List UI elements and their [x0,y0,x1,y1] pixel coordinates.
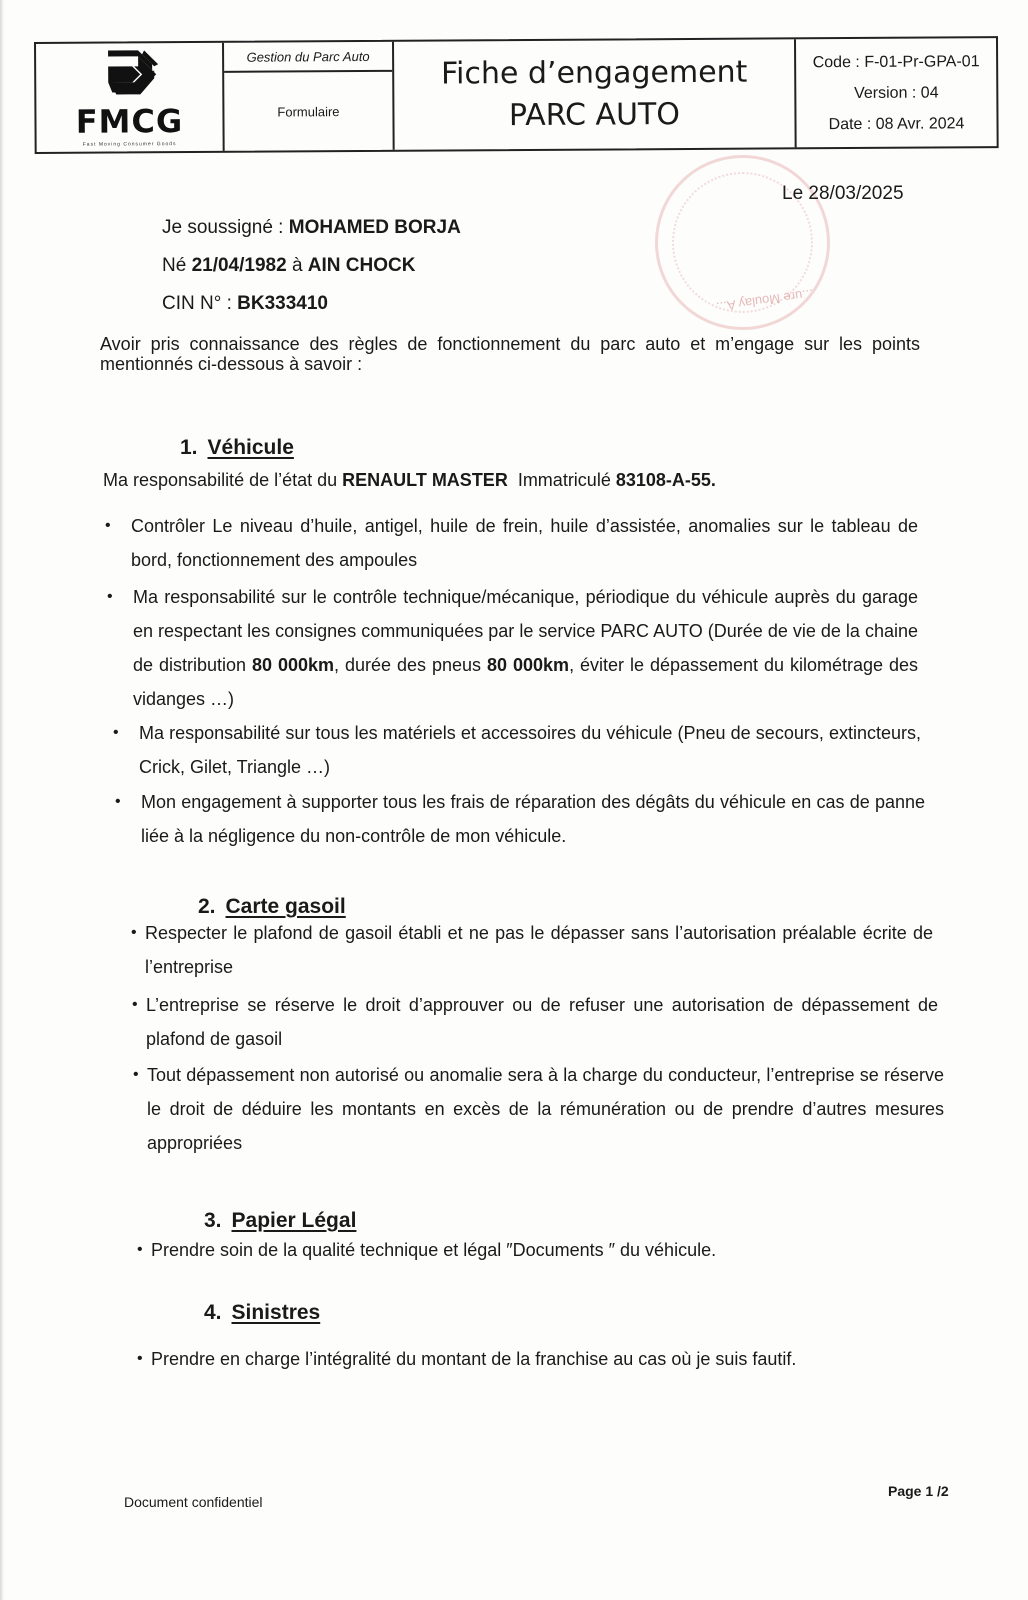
bullet-icon: • [107,580,113,614]
category-label: Gestion du Parc Auto [224,42,392,73]
section-title-vehicule: 1.Véhicule [180,436,294,460]
list-item: • Ma responsabilité sur tous les matérie… [139,716,921,784]
doc-code: Code : F-01-Pr-GPA-01 [813,46,980,78]
cin-number: BK333410 [237,293,328,314]
bullet-icon: • [137,1233,143,1267]
bullet-text: Respecter le plafond de gasoil établi et… [145,923,933,977]
section-label: Papier Légal [232,1209,357,1232]
bullet-icon: • [113,716,119,750]
birth-label: Né [162,255,192,276]
vehicle-lead-prefix: Ma responsabilité de l’état du [103,470,342,490]
bullet-text: Tout dépassement non autorisé ou anomali… [147,1065,944,1153]
section-title-papier-legal: 3.Papier Légal [204,1209,356,1233]
section-label: Carte gasoil [226,895,346,918]
bullet-icon: • [115,785,121,819]
list-item: • Respecter le plafond de gasoil établi … [145,916,933,984]
bullet-text: L’entreprise se réserve le droit d’appro… [146,995,938,1049]
fmcg-logo-icon [94,48,164,100]
page-number: Page 1 /2 [888,1483,949,1499]
vehicle-model: RENAULT MASTER [342,470,508,490]
vehicle-plate: 83108-A-55. [616,470,716,490]
bullet-icon: • [105,509,111,543]
tyre-lifetime: 80 000km [487,655,569,675]
doc-revision-date: Date : 08 Avr. 2024 [829,108,965,140]
section-number: 3. [204,1209,222,1232]
document-date: Le 28/03/2025 [782,183,904,205]
birth-date: 21/04/1982 [192,255,287,276]
logo-cell: FMCG Fast Moving Consumer Goods [36,43,225,152]
list-item: • Contrôler Le niveau d’huile, antigel, … [131,509,918,577]
vehicle-lead-mid: Immatriculé [508,470,616,490]
birth-line: Né 21/04/1982 à AIN CHOCK [162,255,415,277]
category-cell: Gestion du Parc Auto Formulaire [224,42,395,151]
cin-label: CIN N° : [162,293,237,314]
bullet-text: Prendre soin de la qualité technique et … [151,1240,716,1260]
bullet-icon: • [137,1342,143,1376]
list-item: • Tout dépassement non autorisé ou anoma… [147,1058,944,1160]
list-item: • L’entreprise se réserve le droit d’app… [146,988,938,1056]
doc-title-line1: Fiche d’engagement [441,52,748,96]
chain-lifetime: 80 000km [252,655,334,675]
bullet-text: Contrôler Le niveau d’huile, antigel, hu… [131,516,918,570]
list-item: • Ma responsabilité sur le contrôle tech… [133,580,918,716]
page-edge [0,0,4,1600]
stamp-text: ...ure Moulay A... [715,286,814,314]
bullet-icon: • [133,1058,139,1092]
confidential-label: Document confidentiel [124,1494,263,1510]
bullet-text: Ma responsabilité sur tous les matériels… [139,723,921,777]
signatory-name: MOHAMED BORJA [289,217,461,238]
bullet-icon: • [132,988,138,1022]
doc-type-label: Formulaire [224,72,392,151]
list-item: • Prendre soin de la qualité technique e… [151,1233,931,1267]
bullet-text: , durée des pneus [334,655,487,675]
section-label: Sinistres [232,1301,321,1324]
cin-line: CIN N° : BK333410 [162,293,328,315]
section-label: Véhicule [208,436,294,459]
company-stamp: ...ure Moulay A... [655,155,830,330]
bullet-text: Prendre en charge l’intégralité du monta… [151,1349,796,1369]
section-number: 4. [204,1301,222,1324]
intro-paragraph: Avoir pris connaissance des règles de fo… [100,334,920,374]
section-title-sinistres: 4.Sinistres [204,1301,320,1325]
list-item: • Prendre en charge l’intégralité du mon… [151,1342,931,1376]
birth-place: AIN CHOCK [308,255,416,276]
birth-sep: à [287,255,308,276]
section-number: 2. [198,895,216,918]
signatory-line: Je soussigné : MOHAMED BORJA [162,217,461,239]
vehicle-responsibility-line: Ma responsabilité de l’état du RENAULT M… [103,470,716,491]
document-header: FMCG Fast Moving Consumer Goods Gestion … [34,36,999,154]
doc-version: Version : 04 [854,77,939,109]
bullet-text: Mon engagement à supporter tous les frai… [141,792,925,846]
logo-text: FMCG [76,102,184,141]
doc-title-line2: PARC AUTO [509,94,680,137]
code-cell: Code : F-01-Pr-GPA-01 Version : 04 Date … [796,38,997,147]
title-cell: Fiche d’engagement PARC AUTO [394,39,797,149]
bullet-icon: • [131,916,137,950]
logo-tagline: Fast Moving Consumer Goods [83,141,177,148]
list-item: • Mon engagement à supporter tous les fr… [141,785,925,853]
section-number: 1. [180,436,198,459]
signatory-label: Je soussigné : [162,217,289,238]
